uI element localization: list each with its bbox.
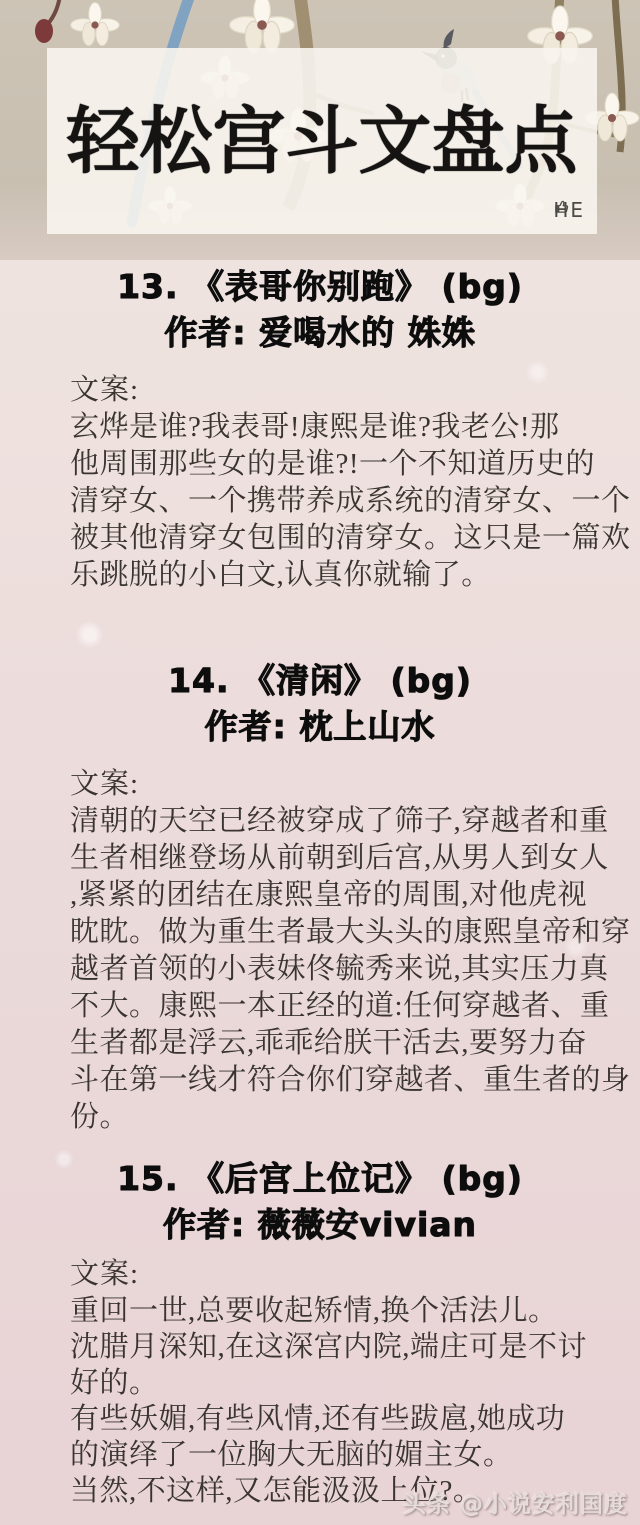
copy-line: 重回一世,总要收起矫情,换个活法儿。 — [70, 1293, 570, 1329]
he-badge: HE — [553, 198, 585, 222]
page-title: 轻松宫斗文盘点 — [67, 82, 578, 187]
red-bud — [35, 19, 53, 43]
copy-line: 有些妖媚,有些风情,还有些跋扈,她成功 — [70, 1401, 570, 1437]
entry-14: 14. 《清闲》 (bg) 作者: 枕上山水 文案: 清朝的天空已经被穿成了筛子… — [70, 658, 570, 1136]
copy-line: 被其他清穿女包围的清穿女。这只是一篇欢 — [70, 520, 570, 557]
entry-13: 13. 《表哥你别跑》 (bg) 作者: 爱喝水的 姝姝 文案: 玄烨是谁?我表… — [70, 264, 570, 594]
copy-label: 文案: — [70, 766, 570, 803]
content: 13. 《表哥你别跑》 (bg) 作者: 爱喝水的 姝姝 文案: 玄烨是谁?我表… — [0, 260, 640, 1509]
copy-line: 的演绎了一位胸大无脑的媚主女。 — [70, 1437, 570, 1473]
copy-line: 清朝的天空已经被穿成了筛子,穿越者和重 — [70, 803, 570, 840]
copy-line: 眈眈。做为重生者最大头头的康熙皇帝和穿 — [70, 914, 570, 951]
copy-line: 斗在第一线才符合你们穿越者、重生者的身 — [70, 1062, 570, 1099]
thumbs-up-icon — [553, 198, 570, 215]
copy-line: 玄烨是谁?我表哥!康熙是谁?我老公!那 — [70, 409, 570, 446]
copy-line: 越者首领的小表妹佟毓秀来说,其实压力真 — [70, 951, 570, 988]
entry-14-author: 作者: 枕上山水 — [70, 704, 570, 750]
copy-label: 文案: — [70, 1256, 570, 1293]
copy-line: 生者相继登场从前朝到后宫,从男人到女人 — [70, 840, 570, 877]
entry-13-author: 作者: 爱喝水的 姝姝 — [70, 310, 570, 356]
entry-15-title: 15. 《后宫上位记》 (bg) — [70, 1156, 570, 1202]
copy-line: 好的。 — [70, 1365, 570, 1401]
copy-line: 生者都是浮云,乖乖给朕干活去,要努力奋 — [70, 1025, 570, 1062]
copy-line: 不大。康熙一本正经的道:任何穿越者、重 — [70, 988, 570, 1025]
entry-15: 15. 《后宫上位记》 (bg) 作者: 薇薇安vivian 文案: 重回一世,… — [70, 1156, 570, 1509]
watermark: 头条 @小说安利国度 — [403, 1486, 628, 1519]
entry-15-author: 作者: 薇薇安vivian — [70, 1202, 570, 1248]
entry-14-title: 14. 《清闲》 (bg) — [70, 658, 570, 704]
copy-line: 清穿女、一个携带养成系统的清穿女、一个 — [70, 483, 570, 520]
title-panel: 轻松宫斗文盘点 HE — [47, 48, 597, 234]
header: 轻松宫斗文盘点 HE — [0, 0, 640, 260]
flower-icon — [71, 2, 120, 45]
copy-line: 份。 — [70, 1099, 570, 1136]
copy-line: ,紧紧的团结在康熙皇帝的周围,对他虎视 — [70, 877, 570, 914]
copy-label: 文案: — [70, 372, 570, 409]
novel-list-poster: 轻松宫斗文盘点 HE 13. 《表哥你别跑》 (bg) 作者: 爱喝水的 姝姝 … — [0, 0, 640, 1525]
copy-line: 他周围那些女的是谁?!一个不知道历史的 — [70, 446, 570, 483]
flower-icon — [230, 0, 295, 53]
copy-line: 乐跳脱的小白文,认真你就输了。 — [70, 557, 570, 594]
copy-line: 沈腊月深知,在这深宫内院,端庄可是不讨 — [70, 1329, 570, 1365]
entry-13-title: 13. 《表哥你别跑》 (bg) — [70, 264, 570, 310]
